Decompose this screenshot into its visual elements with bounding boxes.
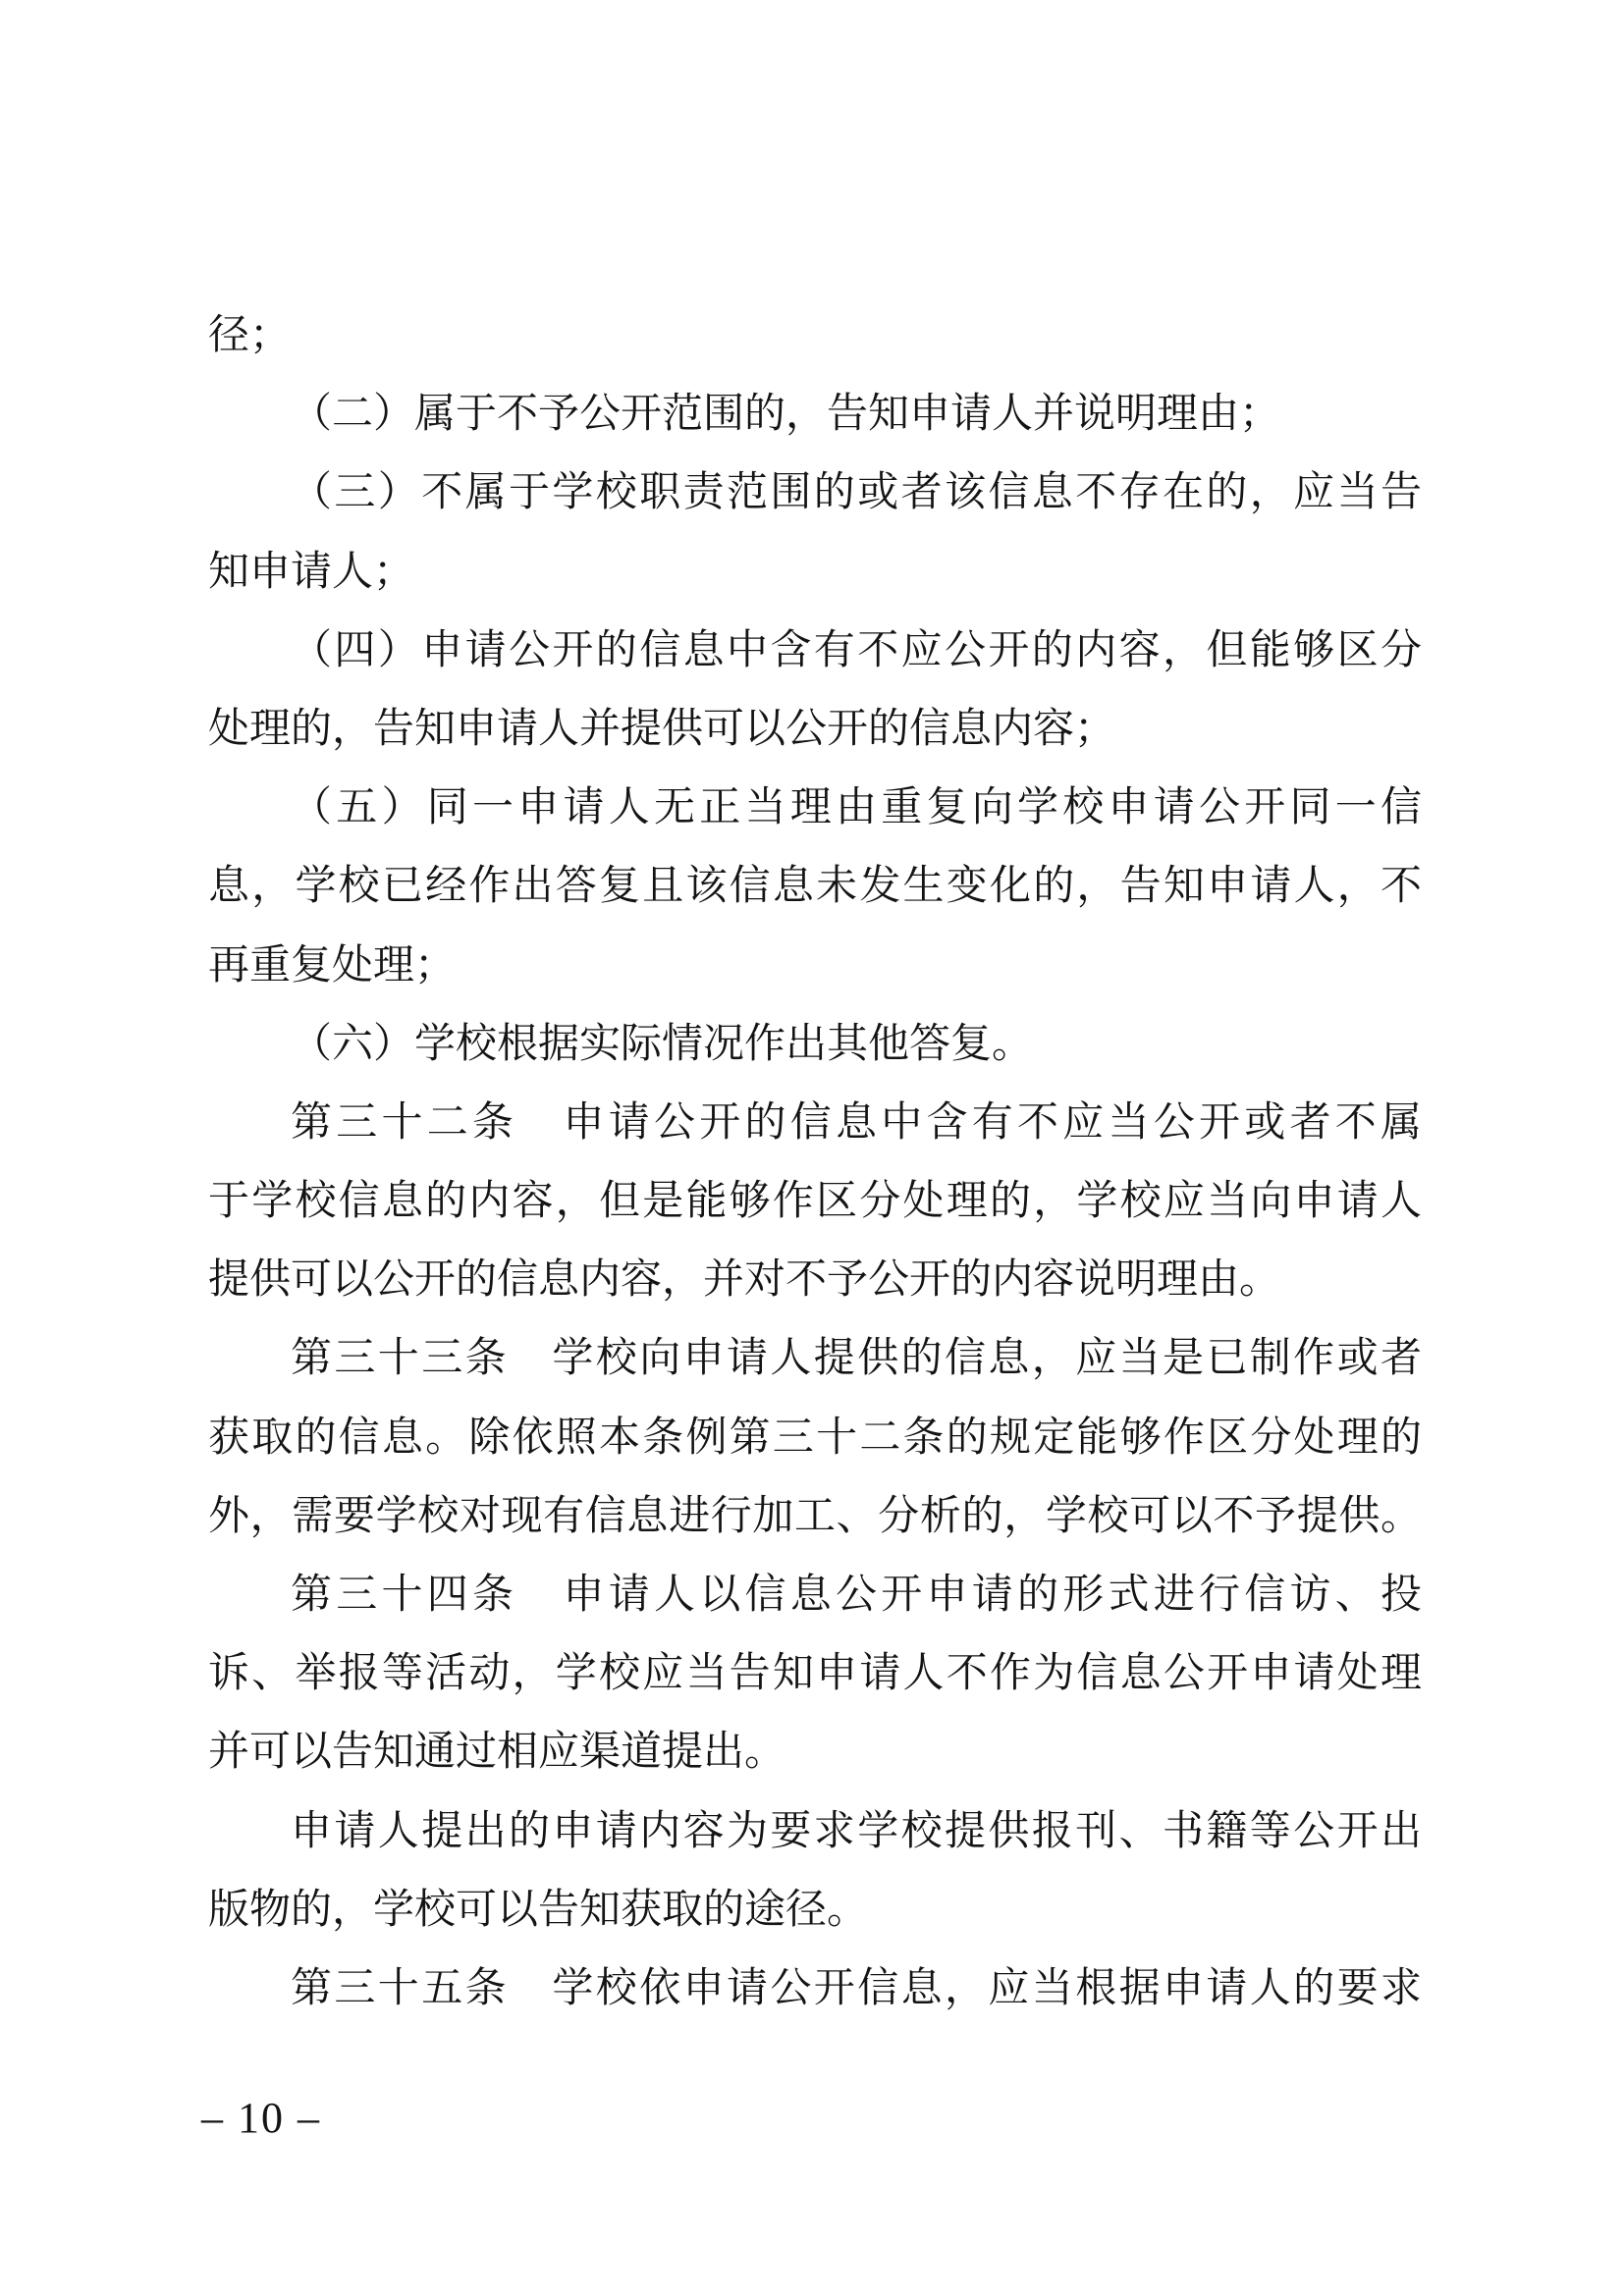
text-line: 第三十三条 学校向申请人提供的信息，应当是已制作或者	[208, 1319, 1422, 1398]
document-page: 径；（二）属于不予公开范围的，告知申请人并说明理由；（三）不属于学校职责范围的或…	[0, 0, 1624, 2296]
text-line: 第三十五条 学校依申请公开信息，应当根据申请人的要求	[208, 1949, 1422, 2028]
text-line: 处理的，告知申请人并提供可以公开的信息内容；	[208, 690, 1422, 769]
text-line: 于学校信息的内容，但是能够作区分处理的，学校应当向申请人	[208, 1162, 1422, 1241]
text-line: 息，学校已经作出答复且该信息未发生变化的，告知申请人，不	[208, 847, 1422, 926]
document-body: 径；（二）属于不予公开范围的，告知申请人并说明理由；（三）不属于学校职责范围的或…	[208, 296, 1422, 2028]
text-line: 并可以告知通过相应渠道提出。	[208, 1713, 1422, 1791]
text-line: 诉、举报等活动，学校应当告知申请人不作为信息公开申请处理	[208, 1634, 1422, 1713]
text-line: 第三十二条 申请公开的信息中含有不应当公开或者不属	[208, 1084, 1422, 1162]
text-line: （五）同一申请人无正当理由重复向学校申请公开同一信	[208, 769, 1422, 847]
text-line: 径；	[208, 296, 1422, 375]
text-line: 第三十四条 申请人以信息公开申请的形式进行信访、投	[208, 1556, 1422, 1634]
text-line: （三）不属于学校职责范围的或者该信息不存在的，应当告	[208, 454, 1422, 532]
text-line: 再重复处理；	[208, 927, 1422, 1005]
text-line: 外，需要学校对现有信息进行加工、分析的，学校可以不予提供。	[208, 1477, 1422, 1556]
page-number: – 10 –	[201, 2091, 321, 2146]
text-line: 申请人提出的申请内容为要求学校提供报刊、书籍等公开出	[208, 1792, 1422, 1871]
text-line: 知申请人；	[208, 533, 1422, 612]
text-line: （四）申请公开的信息中含有不应公开的内容，但能够区分	[208, 612, 1422, 690]
text-line: 获取的信息。除依照本条例第三十二条的规定能够作区分处理的	[208, 1399, 1422, 1477]
text-line: 版物的，学校可以告知获取的途径。	[208, 1871, 1422, 1949]
text-line: （六）学校根据实际情况作出其他答复。	[208, 1005, 1422, 1084]
text-line: 提供可以公开的信息内容，并对不予公开的内容说明理由。	[208, 1241, 1422, 1319]
text-line: （二）属于不予公开范围的，告知申请人并说明理由；	[208, 375, 1422, 454]
